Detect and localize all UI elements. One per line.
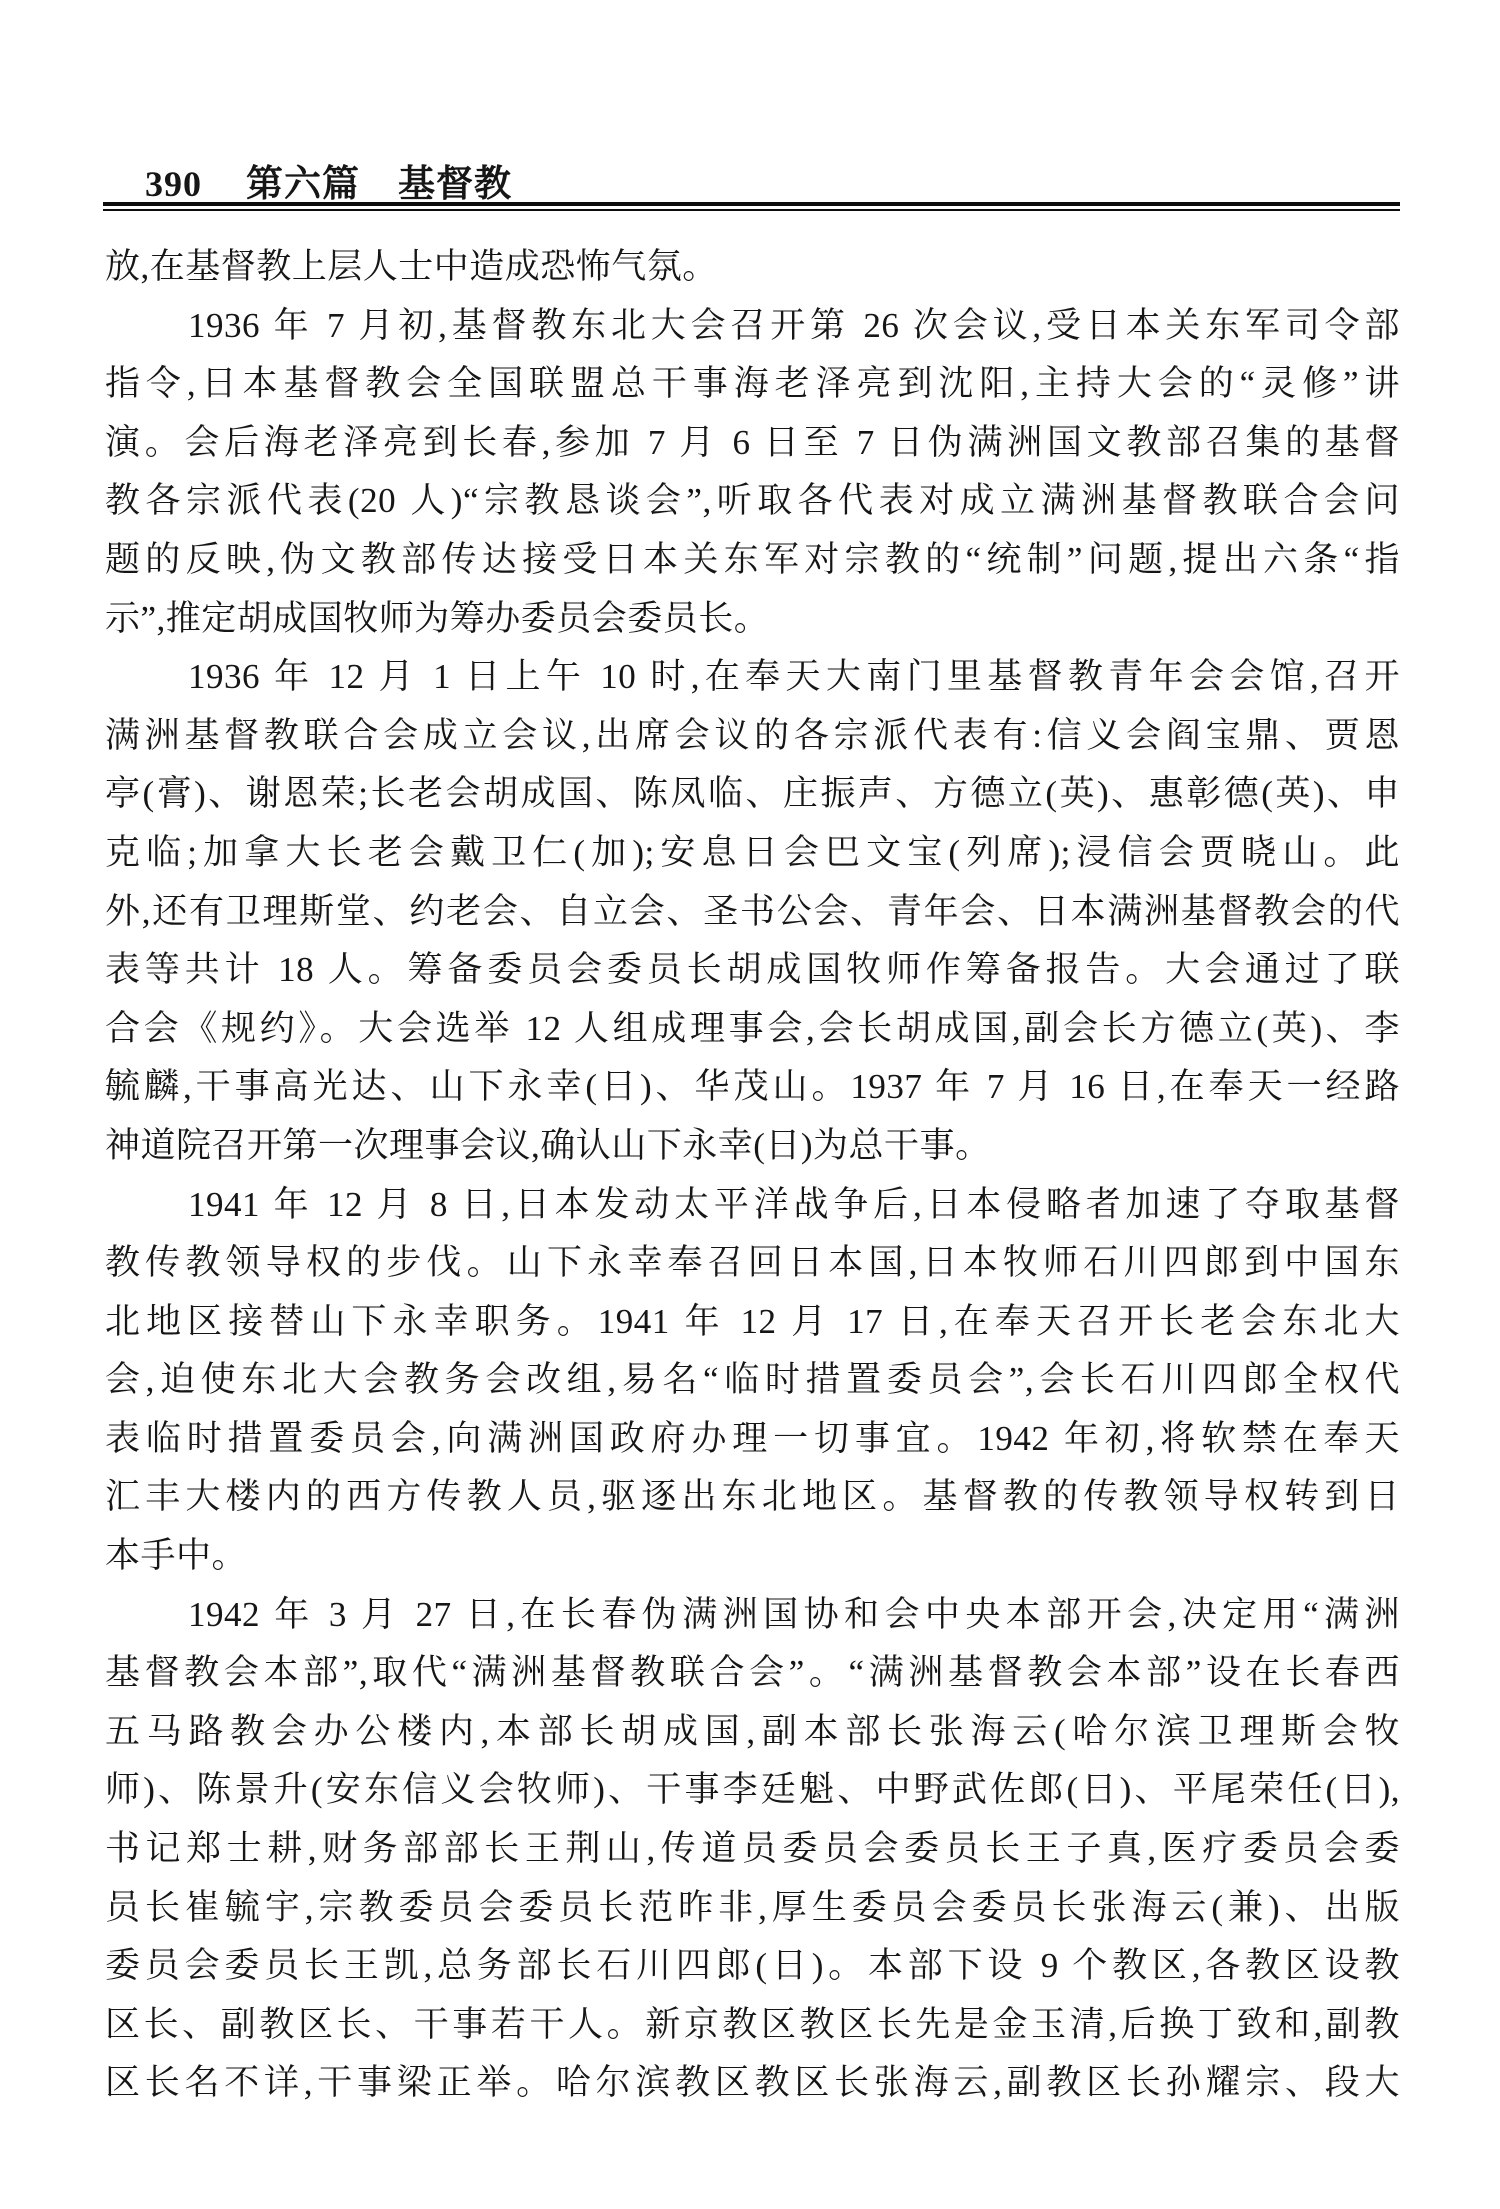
text-line: 教各宗派代表(20 人)“宗教恳谈会”,听取各代表对成立满洲基督教联合会问 bbox=[105, 472, 1400, 531]
text-line: 书记郑士耕,财务部部长王荆山,传道员委员会委员长王子真,医疗委员会委 bbox=[105, 1820, 1400, 1879]
text-line: 1936 年 12 月 1 日上午 10 时,在奉天大南门里基督教青年会会馆,召… bbox=[105, 648, 1400, 707]
text-line: 区长名不详,干事梁正举。哈尔滨教区教区长张海云,副教区长孙耀宗、段大 bbox=[105, 2054, 1400, 2113]
text-line: 指令,日本基督教会全国联盟总干事海老泽亮到沈阳,主持大会的“灵修”讲 bbox=[105, 355, 1400, 414]
text-line: 毓麟,干事高光达、山下永幸(日)、华茂山。1937 年 7 月 16 日,在奉天… bbox=[105, 1058, 1400, 1117]
page-number: 390 bbox=[145, 163, 202, 205]
text-line: 会,迫使东北大会教务会改组,易名“临时措置委员会”,会长石川四郎全权代 bbox=[105, 1351, 1400, 1410]
text-line: 委员会委员长王凯,总务部长石川四郎(日)。本部下设 9 个教区,各教区设教 bbox=[105, 1937, 1400, 1996]
text-line: 亭(膏)、谢恩荣;长老会胡成国、陈凤临、庄振声、方德立(英)、惠彰德(英)、申 bbox=[105, 765, 1400, 824]
text-line: 汇丰大楼内的西方传教人员,驱逐出东北地区。基督教的传教领导权转到日 bbox=[105, 1468, 1400, 1527]
text-line: 外,还有卫理斯堂、约老会、自立会、圣书公会、青年会、日本满洲基督教会的代 bbox=[105, 883, 1400, 942]
text-line: 员长崔毓宇,宗教委员会委员长范昨非,厚生委员会委员长张海云(兼)、出版 bbox=[105, 1879, 1400, 1938]
text-line: 满洲基督教联合会成立会议,出席会议的各宗派代表有:信义会阎宝鼎、贾恩 bbox=[105, 707, 1400, 766]
book-page: 390 第六篇 基督教 放,在基督教上层人士中造成恐怖气氛。1936 年 7 月… bbox=[0, 0, 1500, 2209]
text-line: 本手中。 bbox=[105, 1527, 1400, 1586]
text-line: 神道院召开第一次理事会议,确认山下永幸(日)为总干事。 bbox=[105, 1117, 1400, 1176]
chapter-title: 基督教 bbox=[398, 153, 512, 207]
text-line: 1936 年 7 月初,基督教东北大会召开第 26 次会议,受日本关东军司令部 bbox=[105, 297, 1400, 356]
body-text: 放,在基督教上层人士中造成恐怖气氛。1936 年 7 月初,基督教东北大会召开第… bbox=[105, 238, 1400, 2113]
page-header: 390 第六篇 基督教 bbox=[145, 153, 512, 201]
text-line: 1942 年 3 月 27 日,在长春伪满洲国协和会中央本部开会,决定用“满洲 bbox=[105, 1586, 1400, 1645]
text-line: 合会《规约》。大会选举 12 人组成理事会,会长胡成国,副会长方德立(英)、李 bbox=[105, 1000, 1400, 1059]
text-line: 题的反映,伪文教部传达接受日本关东军对宗教的“统制”问题,提出六条“指 bbox=[105, 531, 1400, 590]
text-line: 师)、陈景升(安东信义会牧师)、干事李廷魁、中野武佐郎(日)、平尾荣任(日), bbox=[105, 1761, 1400, 1820]
text-line: 1941 年 12 月 8 日,日本发动太平洋战争后,日本侵略者加速了夺取基督 bbox=[105, 1176, 1400, 1235]
text-line: 区长、副教区长、干事若干人。新京教区教区长先是金玉清,后换丁致和,副教 bbox=[105, 1996, 1400, 2055]
text-line: 北地区接替山下永幸职务。1941 年 12 月 17 日,在奉天召开长老会东北大 bbox=[105, 1293, 1400, 1352]
section-label: 第六篇 bbox=[246, 153, 360, 207]
text-line: 教传教领导权的步伐。山下永幸奉召回日本国,日本牧师石川四郎到中国东 bbox=[105, 1234, 1400, 1293]
text-line: 示”,推定胡成国牧师为筹办委员会委员长。 bbox=[105, 590, 1400, 649]
text-line: 表等共计 18 人。筹备委员会委员长胡成国牧师作筹备报告。大会通过了联 bbox=[105, 941, 1400, 1000]
text-line: 放,在基督教上层人士中造成恐怖气氛。 bbox=[105, 238, 1400, 297]
text-line: 表临时措置委员会,向满洲国政府办理一切事宜。1942 年初,将软禁在奉天 bbox=[105, 1410, 1400, 1469]
text-line: 五马路教会办公楼内,本部长胡成国,副本部长张海云(哈尔滨卫理斯会牧 bbox=[105, 1703, 1400, 1762]
text-line: 克临;加拿大长老会戴卫仁(加);安息日会巴文宝(列席);浸信会贾晓山。此 bbox=[105, 824, 1400, 883]
header-rule bbox=[103, 202, 1400, 211]
text-line: 基督教会本部”,取代“满洲基督教联合会”。“满洲基督教会本部”设在长春西 bbox=[105, 1644, 1400, 1703]
text-line: 演。会后海老泽亮到长春,参加 7 月 6 日至 7 日伪满洲国文教部召集的基督 bbox=[105, 414, 1400, 473]
